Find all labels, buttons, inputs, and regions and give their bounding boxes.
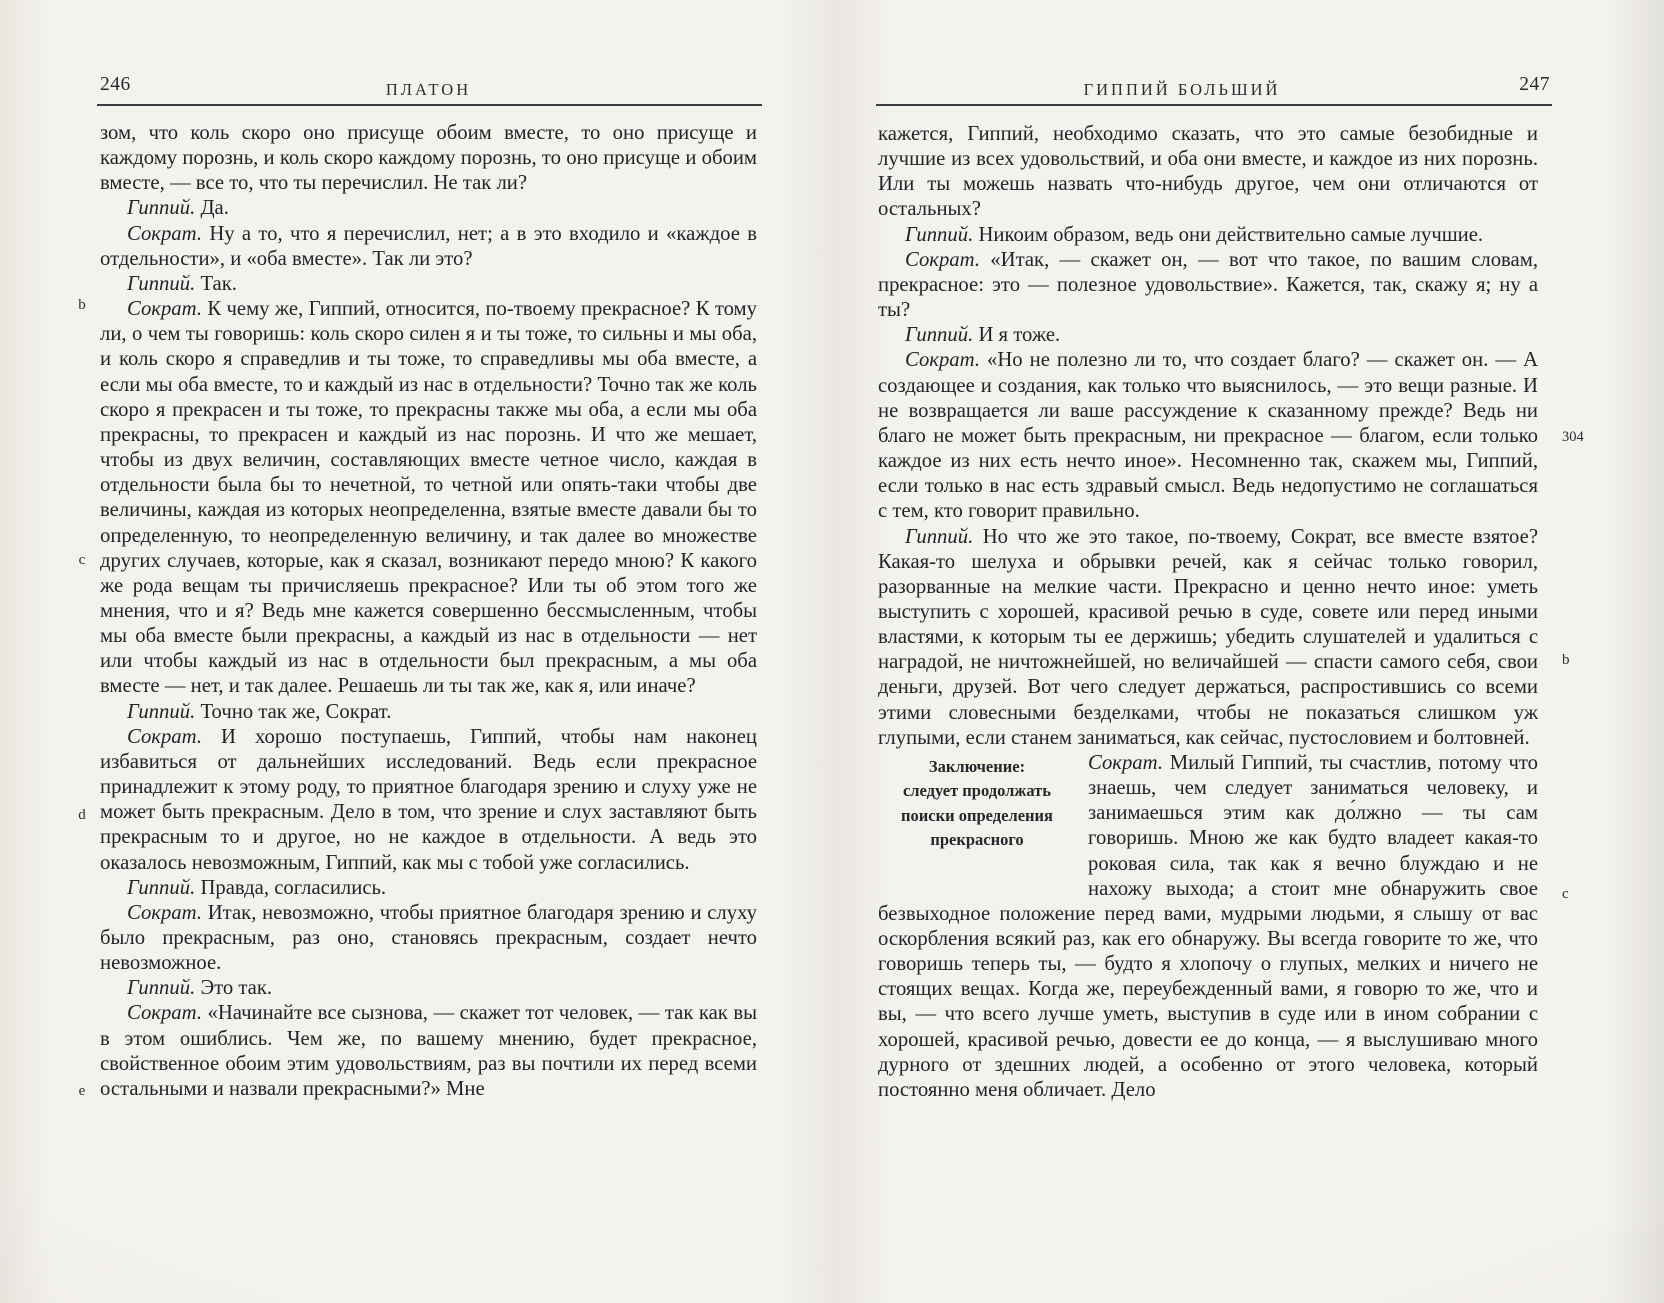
dialogue-paragraph: Сократ. Итак, невозможно, чтобы приятное…: [100, 901, 757, 976]
dialogue-paragraph: Гиппий. Но что же это такое, по-твоему, …: [878, 525, 1538, 751]
stephanus-letter: c: [72, 552, 92, 569]
speaker-name: Сократ.: [127, 902, 208, 924]
paragraph-text: Никоим образом, ведь они действительно с…: [978, 224, 1483, 246]
paragraph-text: Точно так же, Сократ.: [200, 701, 391, 723]
paragraph-text: Это так.: [200, 977, 272, 999]
speaker-name: Гиппий.: [127, 877, 200, 899]
speaker-name: Сократ.: [905, 249, 990, 271]
speaker-name: Сократ.: [127, 726, 221, 748]
paragraph-text: К чему же, Гиппий, относится, по-твоему …: [100, 298, 757, 697]
margin-note-line: следует продолжать: [878, 779, 1076, 804]
dialogue-paragraph: Гиппий. Точно так же, Сократ.: [100, 700, 757, 725]
dialogue-paragraph: Гиппий. Это так.: [100, 976, 757, 1001]
dialogue-paragraph: зом, что коль скоро оно присуще обоим вм…: [100, 121, 757, 196]
margin-note-line: прекрасного: [878, 828, 1076, 853]
dialogue-paragraph: Гиппий. Так.: [100, 272, 757, 297]
speaker-name: Сократ.: [1088, 752, 1170, 774]
stephanus-letter: c: [1562, 886, 1598, 903]
page-body-text: зом, что коль скоро оно присуще обоим вм…: [100, 121, 757, 1102]
dialogue-paragraph: Сократ. «Итак, — скажет он, — вот что та…: [878, 248, 1538, 323]
paragraph-text: кажется, Гиппий, необходимо сказать, что…: [878, 123, 1538, 220]
paragraph-text: зом, что коль скоро оно присуще обоим вм…: [100, 122, 757, 194]
left-page: 246 ПЛАТОН b c d e зом, что коль скоро о…: [0, 0, 832, 1303]
dialogue-paragraph: Сократ. «Начинайте все сызнова, — скажет…: [100, 1001, 757, 1102]
dialogue-paragraph: Сократ. И хорошо поступаешь, Гиппий, что…: [100, 725, 757, 876]
stephanus-letter: b: [72, 297, 92, 314]
speaker-name: Гиппий.: [127, 701, 200, 723]
speaker-name: Сократ.: [127, 223, 209, 245]
margin-note-conclusion: Заключение: следует продолжать поиски оп…: [878, 755, 1076, 878]
stephanus-page-number: 304: [1562, 429, 1598, 446]
speaker-name: Гиппий.: [905, 526, 983, 548]
dialogue-paragraph: Сократ. Ну а то, что я перечислил, нет; …: [100, 222, 757, 272]
paragraph-text: Но что же это такое, по-твоему, Сократ, …: [878, 526, 1538, 749]
dialogue-paragraph: Заключение: следует продолжать поиски оп…: [878, 751, 1538, 1103]
dialogue-paragraph: Гиппий. Никоим образом, ведь они действи…: [878, 223, 1538, 248]
paragraph-text: Так.: [200, 273, 237, 295]
paragraph-text: И я тоже.: [978, 324, 1060, 346]
running-head: ГИППИЙ БОЛЬШИЙ: [872, 80, 1492, 100]
speaker-name: Гиппий.: [127, 977, 200, 999]
paragraph-text: Правда, согласились.: [200, 877, 386, 899]
dialogue-paragraph: Гиппий. И я тоже.: [878, 323, 1538, 348]
speaker-name: Сократ.: [905, 349, 987, 371]
speaker-name: Гиппий.: [905, 324, 978, 346]
dialogue-paragraph: Гиппий. Да.: [100, 196, 757, 221]
stephanus-letter: e: [72, 1083, 92, 1100]
stephanus-letter: d: [72, 807, 92, 824]
dialogue-paragraph: Сократ. К чему же, Гиппий, относится, по…: [100, 297, 757, 700]
right-page: 247 ГИППИЙ БОЛЬШИЙ 304 b c кажется, Гипп…: [832, 0, 1664, 1303]
dialogue-paragraph: кажется, Гиппий, необходимо сказать, что…: [878, 122, 1538, 223]
speaker-name: Сократ.: [127, 298, 207, 320]
dialogue-paragraph: Гиппий. Правда, согласились.: [100, 876, 757, 901]
paragraph-text: Да.: [200, 197, 228, 219]
running-head: ПЛАТОН: [100, 80, 757, 100]
paragraph-text: «Но не полезно ли то, что создает благо?…: [878, 349, 1538, 522]
speaker-name: Гиппий.: [127, 273, 200, 295]
header-rule: [876, 104, 1552, 106]
book-spread: 246 ПЛАТОН b c d e зом, что коль скоро о…: [0, 0, 1664, 1303]
margin-note-line: поиски определения: [878, 804, 1076, 829]
speaker-name: Сократ.: [127, 1002, 208, 1024]
speaker-name: Гиппий.: [127, 197, 200, 219]
page-body-text: кажется, Гиппий, необходимо сказать, что…: [878, 122, 1538, 1103]
stephanus-letter: b: [1562, 652, 1598, 669]
header-rule: [97, 104, 762, 106]
dialogue-paragraph: Сократ. «Но не полезно ли то, что создае…: [878, 348, 1538, 524]
margin-note-line: Заключение:: [878, 755, 1076, 780]
speaker-name: Гиппий.: [905, 224, 978, 246]
